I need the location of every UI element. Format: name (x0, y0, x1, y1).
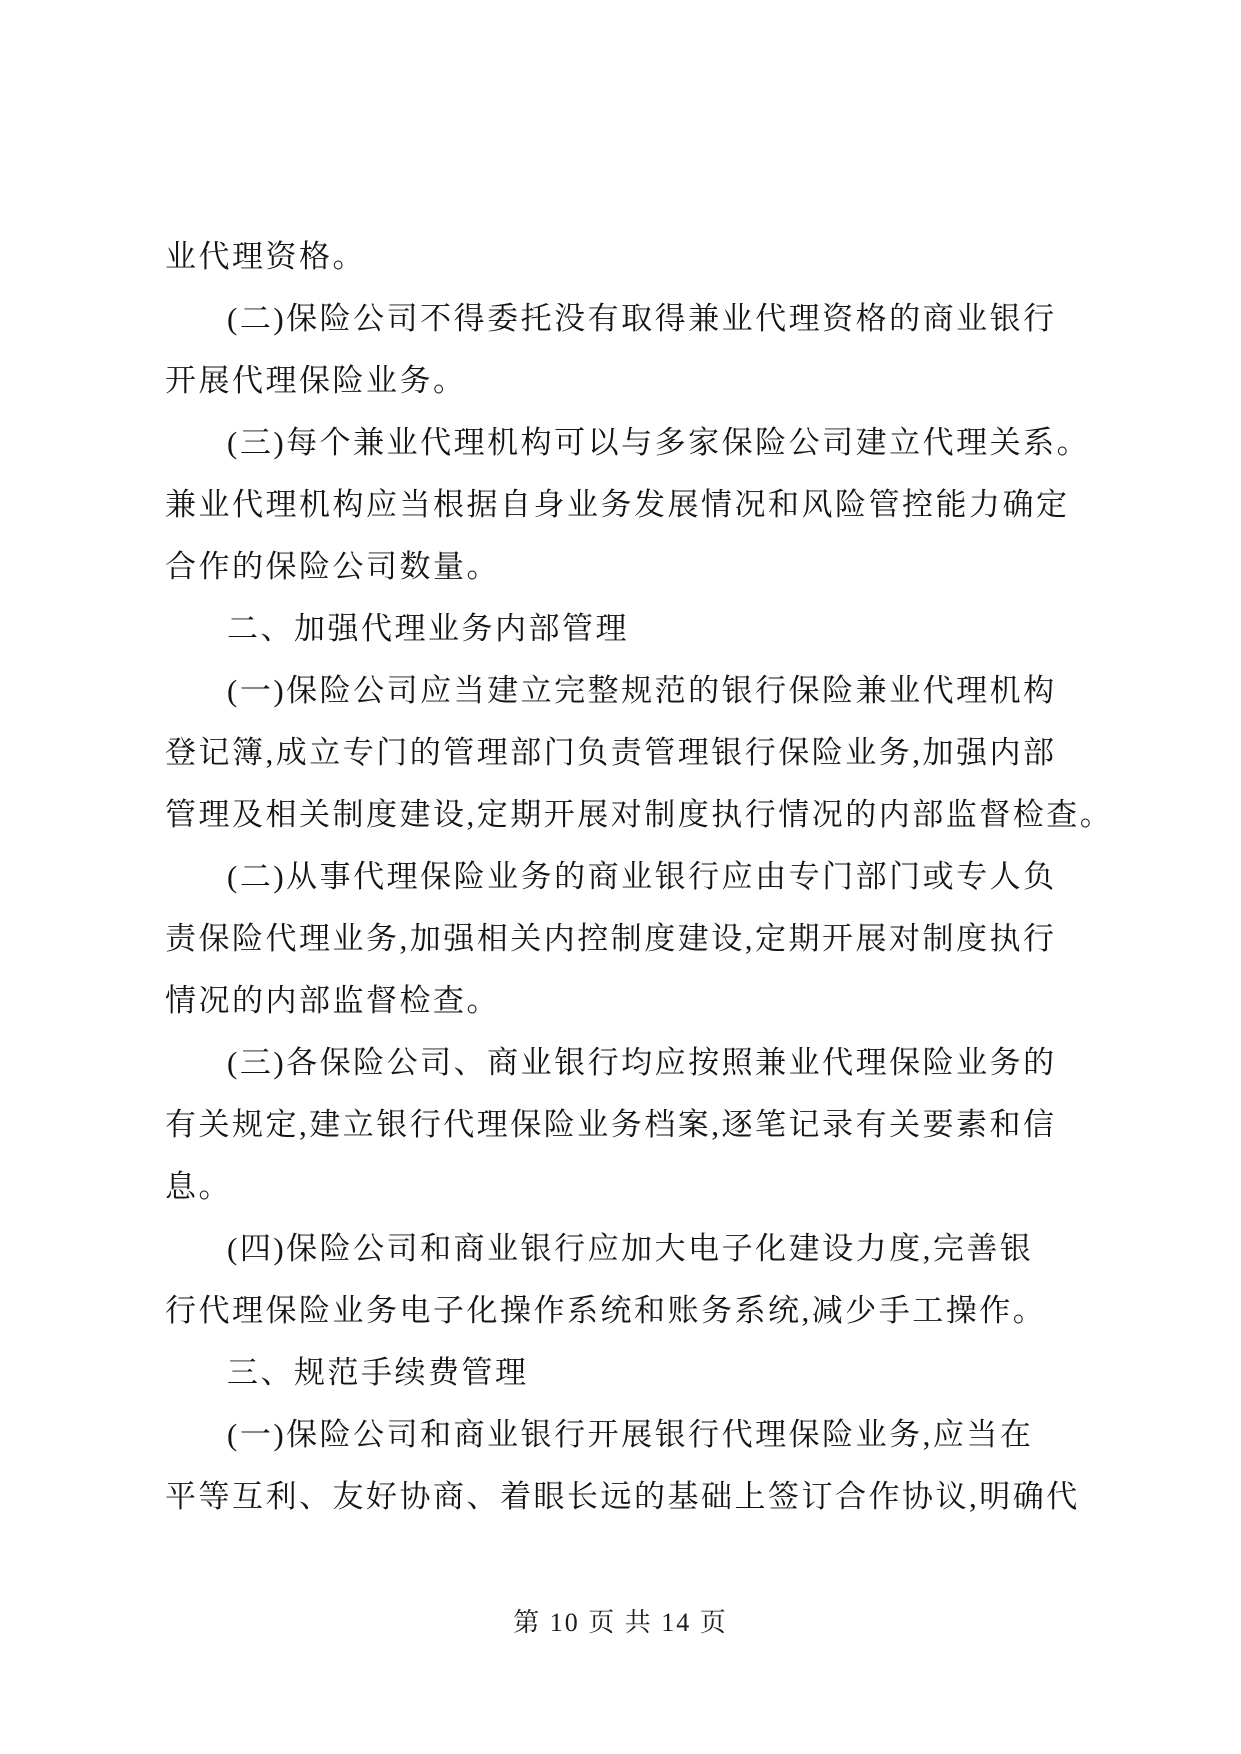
page-footer: 第 10 页 共 14 页 (0, 1606, 1241, 1640)
document-page: 业代理资格。 (二)保险公司不得委托没有取得兼业代理资格的商业银行 开展代理保险… (0, 0, 1241, 1754)
body-line: (二)保险公司不得委托没有取得兼业代理资格的商业银行 (165, 288, 1095, 350)
body-line: 业代理资格。 (165, 226, 1095, 288)
body-line: 责保险代理业务,加强相关内控制度建设,定期开展对制度执行 (165, 908, 1095, 970)
body-line: 合作的保险公司数量。 (165, 536, 1095, 598)
body-line: 行代理保险业务电子化操作系统和账务系统,减少手工操作。 (165, 1280, 1095, 1342)
section-heading: 三、规范手续费管理 (165, 1342, 1095, 1404)
body-line: (一)保险公司应当建立完整规范的银行保险兼业代理机构 (165, 660, 1095, 722)
section-heading: 二、加强代理业务内部管理 (165, 598, 1095, 660)
body-line: 管理及相关制度建设,定期开展对制度执行情况的内部监督检查。 (165, 784, 1095, 846)
body-line: 平等互利、友好协商、着眼长远的基础上签订合作协议,明确代 (165, 1466, 1095, 1528)
body-line: (三)每个兼业代理机构可以与多家保险公司建立代理关系。 (165, 412, 1095, 474)
body-line: 有关规定,建立银行代理保险业务档案,逐笔记录有关要素和信 (165, 1094, 1095, 1156)
body-line: (二)从事代理保险业务的商业银行应由专门部门或专人负 (165, 846, 1095, 908)
body-line: (四)保险公司和商业银行应加大电子化建设力度,完善银 (165, 1218, 1095, 1280)
body-line: 兼业代理机构应当根据自身业务发展情况和风险管控能力确定 (165, 474, 1095, 536)
body-line: (一)保险公司和商业银行开展银行代理保险业务,应当在 (165, 1404, 1095, 1466)
body-line: 情况的内部监督检查。 (165, 970, 1095, 1032)
document-body: 业代理资格。 (二)保险公司不得委托没有取得兼业代理资格的商业银行 开展代理保险… (165, 226, 1095, 1528)
body-line: (三)各保险公司、商业银行均应按照兼业代理保险业务的 (165, 1032, 1095, 1094)
body-line: 息。 (165, 1156, 1095, 1218)
body-line: 开展代理保险业务。 (165, 350, 1095, 412)
page-number-label: 第 10 页 共 14 页 (513, 1608, 728, 1637)
body-line: 登记簿,成立专门的管理部门负责管理银行保险业务,加强内部 (165, 722, 1095, 784)
